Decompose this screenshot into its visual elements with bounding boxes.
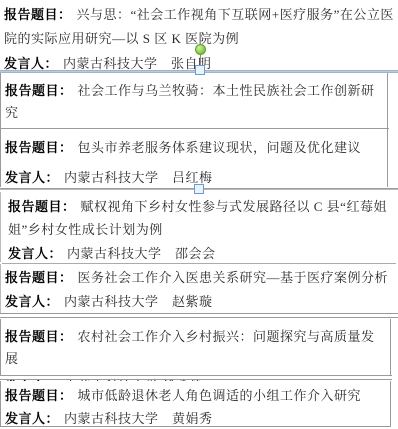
speaker-text: 内蒙古科技大学 赵紫璇 [64, 294, 213, 309]
report-title-line: 报告题目：社会工作与乌兰牧骑：本土性民族社会工作创新研究 [5, 80, 383, 124]
report-title-label: 报告题目： [5, 388, 73, 403]
speaker-label: 发言人： [8, 246, 62, 261]
report-title-text: 医务社会工作介入医患关系研究—基于医疗案例分析 [78, 270, 389, 285]
table-border-divider [0, 375, 392, 376]
report-title-label: 报告题目： [8, 199, 76, 214]
report-title-line: 报告题目：农村社会工作介入乡村振兴：问题探究与高质量发展 [5, 326, 386, 370]
handle-stem [200, 55, 201, 65]
speaker-text: 内蒙古科技大学 黄娟秀 [64, 411, 213, 426]
agenda-row-3: 报告题目：包头市养老服务体系建议现状，问题及优化建议 发言人：内蒙古科技大学 吕… [0, 129, 388, 187]
resize-handle-icon[interactable] [194, 184, 204, 194]
report-title-label: 报告题目： [5, 140, 73, 155]
report-title-line: 报告题目：医务社会工作介入医患关系研究—基于医疗案例分析 [5, 267, 396, 289]
speaker-label: 发言人： [5, 294, 59, 309]
table-border-divider [0, 317, 398, 318]
speaker-label: 发言人： [5, 170, 59, 185]
table-border-divider [0, 379, 392, 380]
report-title-label: 报告题目： [4, 7, 72, 22]
agenda-row-1: 报告题目：兴与思：“社会工作视角下互联网+医疗服务”在公立医院的实际应用研究—以… [0, 0, 398, 70]
report-title-line: 报告题目：城市低龄退休老人角色调适的小组工作介入研究 [5, 385, 386, 406]
speaker-text: 内蒙古科技大学 吕红梅 [64, 170, 213, 185]
report-title-label: 报告题目： [5, 83, 73, 98]
speaker-text: 内蒙古科技大学 张自明 [63, 56, 212, 71]
report-title-line: 报告题目：包头市养老服务体系建议现状，问题及优化建议 [5, 137, 383, 159]
speaker-text: 内蒙古科技大学 邵会会 [67, 246, 216, 261]
table-border-divider [0, 313, 398, 314]
speaker-line: 发言人：内蒙古科技大学 邵会会 [8, 242, 396, 265]
report-title-text: 城市低龄退休老人角色调适的小组工作介入研究 [78, 388, 362, 403]
document-page: 报告题目：兴与思：“社会工作视角下互联网+医疗服务”在公立医院的实际应用研究—以… [0, 0, 398, 429]
agenda-row-5: 报告题目：医务社会工作介入医患关系研究—基于医疗案例分析 发言人：内蒙古科技大学… [0, 264, 398, 313]
green-rotate-handle-icon[interactable] [195, 44, 206, 55]
report-title-label: 报告题目： [5, 270, 73, 285]
speaker-line: 发言人：内蒙古科技大学 赵紫璇 [5, 291, 396, 313]
agenda-row-6: 报告题目：农村社会工作介入乡村振兴：问题探究与高质量发展 发言人：内蒙古科技大学… [0, 319, 391, 375]
resize-handle-icon[interactable] [195, 65, 205, 75]
report-title-label: 报告题目： [5, 329, 73, 344]
agenda-row-7: 报告题目：城市低龄退休老人角色调适的小组工作介入研究 发言人：内蒙古科技大学 黄… [0, 381, 391, 427]
speaker-label: 发言人： [4, 56, 58, 71]
agenda-row-2: 报告题目：社会工作与乌兰牧骑：本土性民族社会工作创新研究 发言人：内蒙古科技大学… [0, 73, 388, 128]
speaker-line: 发言人：内蒙古科技大学 黄娟秀 [5, 408, 386, 429]
agenda-row-4: 报告题目：赋权视角下乡村女性参与式发展路径以 C 县“红莓姐姐”乡村女性成长计划… [0, 192, 398, 262]
speaker-label: 发言人： [5, 411, 59, 426]
report-title-text: 包头市养老服务体系建议现状，问题及优化建议 [78, 140, 362, 155]
report-title-line: 报告题目：赋权视角下乡村女性参与式发展路径以 C 县“红莓姐姐”乡村女性成长计划… [8, 195, 396, 241]
